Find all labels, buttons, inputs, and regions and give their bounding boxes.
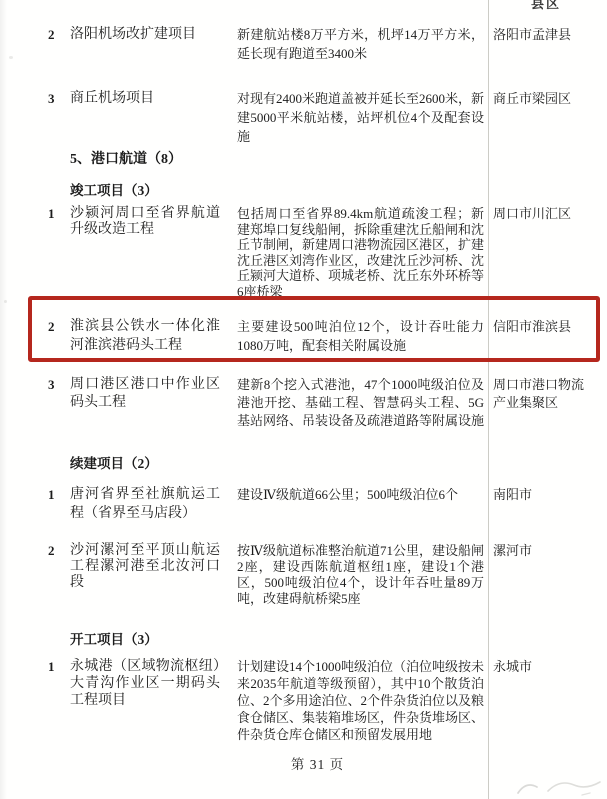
clipped-column-header: 县区	[531, 0, 561, 12]
project-location: 商丘市梁园区	[493, 89, 605, 108]
subsection-heading-continued: 续建项目（2）	[70, 452, 158, 472]
project-location: 南阳市	[493, 485, 605, 504]
project-name: 洛阳机场改扩建项目	[70, 25, 220, 44]
page-number-footer: 第 31 页	[0, 753, 607, 773]
project-description: 主要建设500吨泊位12个，设计吞吐能力1080万吨，配套相关附属设施	[237, 317, 484, 355]
project-location: 周口市川汇区	[493, 206, 605, 222]
project-description: 对现有2400米跑道盖被并延长至2600米，新建5000平米航站楼，站坪机位4个…	[237, 89, 484, 146]
project-description: 建新8个挖入式港池，47个1000吨级泊位及港池开挖、基础工程、智慧码头工程、5…	[237, 376, 484, 430]
project-location: 漯河市	[493, 543, 605, 559]
row-number: 2	[48, 25, 55, 44]
scan-speck	[9, 56, 13, 59]
project-location: 洛阳市孟津县	[493, 25, 605, 44]
project-name: 唐河省界至社旗航运工程（省界至马店段）	[70, 485, 220, 523]
row-number: 1	[48, 485, 55, 504]
faint-pen-mark-icon	[512, 771, 607, 799]
row-number: 1	[48, 206, 55, 222]
row-number: 3	[48, 376, 55, 394]
section-heading: 5、港口航道（8）	[70, 148, 182, 168]
project-location: 永城市	[493, 658, 605, 675]
project-location: 周口市港口物流 产业集聚区	[493, 376, 605, 412]
project-description: 计划建设14个1000吨级泊位（泊位吨级按未来2035年航道等级预留），其中10…	[237, 658, 484, 743]
project-description: 包括周口至省界89.4km航道疏浚工程；新建郑埠口复线船闸，拆除重建沈丘船闸和沈…	[237, 206, 484, 299]
row-number: 3	[48, 89, 55, 108]
table-column-divider	[488, 0, 489, 799]
project-name: 沙河漯河至平顶山航运工程漯河港至北汝河口段	[70, 543, 220, 591]
project-location: 信阳市淮滨县	[493, 317, 605, 336]
project-name: 商丘机场项目	[70, 89, 220, 108]
project-name: 沙颍河周口至省界航道升级改造工程	[70, 206, 220, 237]
project-description: 按Ⅳ级航道标准整治航道71公里，建设船闸2座，建设西陈航道枢纽1座，建设1个港区…	[237, 543, 484, 607]
scan-speck	[4, 300, 7, 303]
project-name: 永城港（区域物流枢纽）大青沟作业区一期码头工程项目	[70, 658, 220, 709]
project-name: 周口港区港口中作业区码头工程	[70, 376, 220, 412]
row-number: 1	[48, 658, 55, 675]
scan-edge-shadow	[0, 0, 7, 799]
project-description: 新建航站楼8万平方米，机坪14万平方米，延长现有跑道至3400米	[237, 25, 484, 63]
row-number: 2	[48, 543, 55, 559]
subsection-heading-started: 开工项目（3）	[70, 628, 158, 648]
project-description: 建设Ⅳ级航道66公里；500吨级泊位6个	[237, 485, 484, 504]
row-number: 2	[48, 317, 55, 336]
document-page: 县区 2 洛阳机场改扩建项目 新建航站楼8万平方米，机坪14万平方米，延长现有跑…	[0, 0, 607, 799]
project-name: 淮滨县公铁水一体化淮河淮滨港码头工程	[70, 317, 220, 355]
subsection-heading-completed: 竣工项目（3）	[70, 179, 158, 199]
